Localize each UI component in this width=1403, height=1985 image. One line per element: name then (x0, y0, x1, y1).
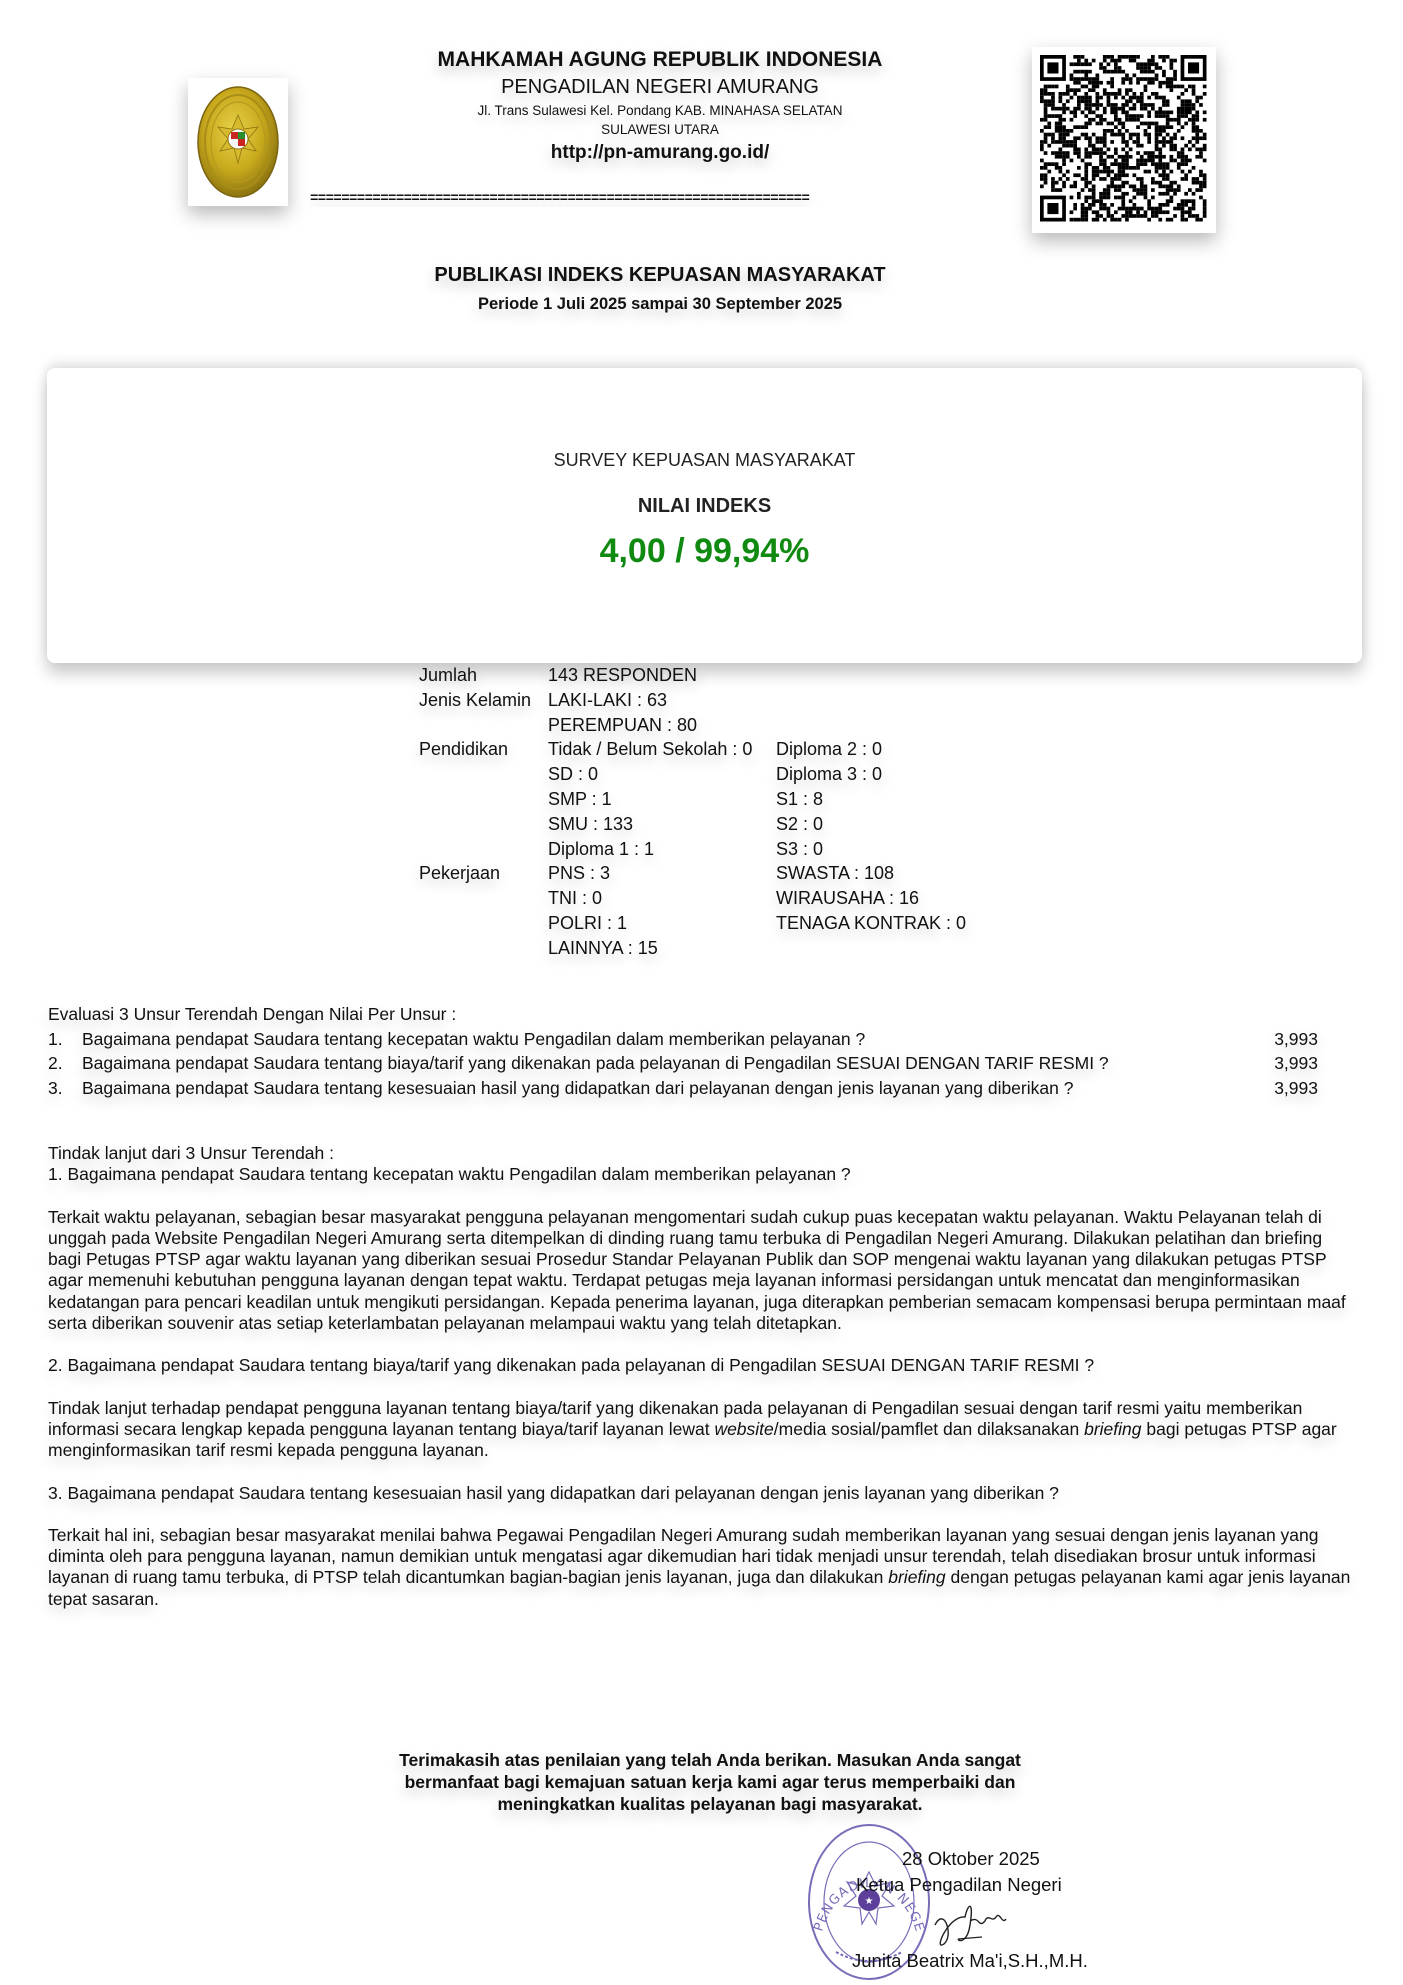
respondent-row: SMU : 133S2 : 0 (419, 812, 966, 837)
qr-code (1032, 47, 1216, 233)
respondent-row: Jenis KelaminLAKI-LAKI : 63 (419, 688, 966, 713)
respondent-row: TNI : 0WIRAUSAHA : 16 (419, 886, 966, 911)
index-label: NILAI INDEKS (47, 495, 1362, 518)
evaluation-question: Bagaimana pendapat Saudara tentang keses… (82, 1076, 1268, 1101)
respondent-row: Jumlah143 RESPONDEN (419, 663, 966, 688)
answer-2-italic-briefing: briefing (1084, 1419, 1141, 1439)
respondent-row: PekerjaanPNS : 3SWASTA : 108 (419, 861, 966, 886)
qr-code-icon (1032, 47, 1216, 233)
answer-2-text: /media sosial/pamflet dan dilaksanakan (774, 1419, 1084, 1439)
followup-question-1: 1. Bagaimana pendapat Saudara tentang ke… (48, 1164, 1358, 1185)
evaluation-question: Bagaimana pendapat Saudara tentang kecep… (82, 1027, 1268, 1052)
respondent-category (419, 762, 548, 787)
followup-answer-1: Terkait waktu pelayanan, sebagian besar … (48, 1207, 1358, 1335)
respondent-value: TENAGA KONTRAK : 0 (776, 911, 966, 936)
respondent-value: Diploma 2 : 0 (776, 737, 966, 762)
evaluation-score: 3,993 (1268, 1027, 1318, 1052)
evaluation-item: 3.Bagaimana pendapat Saudara tentang kes… (48, 1076, 1318, 1101)
respondent-value: WIRAUSAHA : 16 (776, 886, 966, 911)
respondent-value: PEREMPUAN : 80 (548, 713, 776, 738)
respondent-row: PEREMPUAN : 80 (419, 713, 966, 738)
respondent-category (419, 812, 548, 837)
evaluation-list: 1.Bagaimana pendapat Saudara tentang kec… (48, 1027, 1318, 1101)
evaluation-score: 3,993 (1268, 1076, 1318, 1101)
respondent-row: POLRI : 1TENAGA KONTRAK : 0 (419, 911, 966, 936)
mahkamah-agung-emblem-icon (196, 85, 280, 199)
respondent-category (419, 936, 548, 961)
evaluation-section: Evaluasi 3 Unsur Terendah Dengan Nilai P… (48, 1002, 1318, 1100)
respondent-value: S2 : 0 (776, 812, 966, 837)
answer-3-italic-briefing: briefing (888, 1567, 945, 1587)
evaluation-item: 2.Bagaimana pendapat Saudara tentang bia… (48, 1051, 1318, 1076)
respondent-category (419, 713, 548, 738)
index-card: SURVEY KEPUASAN MASYARAKAT NILAI INDEKS … (47, 368, 1362, 663)
respondent-value (776, 688, 966, 713)
followup-answer-2: Tindak lanjut terhadap pendapat pengguna… (48, 1398, 1358, 1462)
closing-line: Terimakasih atas penilaian yang telah An… (330, 1749, 1090, 1771)
respondent-value: PNS : 3 (548, 861, 776, 886)
respondent-value: SMP : 1 (548, 787, 776, 812)
respondent-value: POLRI : 1 (548, 911, 776, 936)
signatory-name: Junita Beatrix Ma'i,S.H.,M.H. (852, 1950, 1088, 1972)
respondent-category: Jumlah (419, 663, 548, 688)
respondent-value: 143 RESPONDEN (548, 663, 776, 688)
evaluation-number: 3. (48, 1076, 82, 1101)
followup-section: Tindak lanjut dari 3 Unsur Terendah : 1.… (48, 1143, 1358, 1610)
institution-name: MAHKAMAH AGUNG REPUBLIK INDONESIA (300, 48, 1020, 72)
respondent-value: SWASTA : 108 (776, 861, 966, 886)
header-separator: ========================================… (310, 191, 1008, 207)
page-title: PUBLIKASI INDEKS KEPUASAN MASYARAKAT (300, 264, 1020, 287)
evaluation-score: 3,993 (1268, 1051, 1318, 1076)
svg-text:★: ★ (865, 1896, 874, 1907)
respondent-row: PendidikanTidak / Belum Sekolah : 0Diplo… (419, 737, 966, 762)
closing-statement: Terimakasih atas penilaian yang telah An… (330, 1749, 1090, 1815)
respondent-value: Diploma 3 : 0 (776, 762, 966, 787)
handwritten-signature-icon (930, 1895, 1020, 1950)
respondent-value: SMU : 133 (548, 812, 776, 837)
respondent-category: Pekerjaan (419, 861, 548, 886)
respondent-category: Jenis Kelamin (419, 688, 548, 713)
respondent-value: S1 : 8 (776, 787, 966, 812)
respondent-value (776, 663, 966, 688)
respondent-row: SD : 0Diploma 3 : 0 (419, 762, 966, 787)
evaluation-item: 1.Bagaimana pendapat Saudara tentang kec… (48, 1027, 1318, 1052)
respondent-value: Diploma 1 : 1 (548, 837, 776, 862)
court-name: PENGADILAN NEGERI AMURANG (300, 76, 1020, 99)
followup-heading: Tindak lanjut dari 3 Unsur Terendah : (48, 1143, 1358, 1164)
court-logo (188, 78, 288, 206)
respondent-value: Tidak / Belum Sekolah : 0 (548, 737, 776, 762)
respondent-value: TNI : 0 (548, 886, 776, 911)
respondent-row: SMP : 1S1 : 8 (419, 787, 966, 812)
respondent-table: Jumlah143 RESPONDENJenis KelaminLAKI-LAK… (419, 663, 966, 961)
followup-answer-3: Terkait hal ini, sebagian besar masyarak… (48, 1525, 1358, 1610)
signature-role: Ketua Pengadilan Negeri (856, 1874, 1062, 1896)
evaluation-number: 2. (48, 1051, 82, 1076)
index-value: 4,00 / 99,94% (47, 532, 1362, 571)
closing-line: meningkatkan kualitas pelayanan bagi mas… (330, 1793, 1090, 1815)
respondent-category (419, 837, 548, 862)
followup-question-3: 3. Bagaimana pendapat Saudara tentang ke… (48, 1483, 1358, 1504)
signature-date: 28 Oktober 2025 (902, 1848, 1040, 1870)
respondent-value: LAINNYA : 15 (548, 936, 776, 961)
closing-line: bermanfaat bagi kemajuan satuan kerja ka… (330, 1771, 1090, 1793)
respondent-row: Diploma 1 : 1S3 : 0 (419, 837, 966, 862)
court-website-link[interactable]: http://pn-amurang.go.id/ (300, 142, 1020, 164)
respondent-category (419, 911, 548, 936)
respondent-value: LAKI-LAKI : 63 (548, 688, 776, 713)
period-subtitle: Periode 1 Juli 2025 sampai 30 September … (300, 295, 1020, 314)
respondent-category: Pendidikan (419, 737, 548, 762)
respondent-value: S3 : 0 (776, 837, 966, 862)
answer-2-italic-website: website (714, 1419, 773, 1439)
evaluation-number: 1. (48, 1027, 82, 1052)
court-province: SULAWESI UTARA (300, 122, 1020, 137)
evaluation-question: Bagaimana pendapat Saudara tentang biaya… (82, 1051, 1268, 1076)
respondent-value (776, 936, 966, 961)
evaluation-heading: Evaluasi 3 Unsur Terendah Dengan Nilai P… (48, 1002, 1318, 1027)
respondent-value: SD : 0 (548, 762, 776, 787)
respondent-category (419, 886, 548, 911)
respondent-value (776, 713, 966, 738)
survey-label: SURVEY KEPUASAN MASYARAKAT (47, 450, 1362, 471)
followup-question-2: 2. Bagaimana pendapat Saudara tentang bi… (48, 1355, 1358, 1376)
respondent-row: LAINNYA : 15 (419, 936, 966, 961)
court-address: Jl. Trans Sulawesi Kel. Pondang KAB. MIN… (300, 103, 1020, 118)
respondent-category (419, 787, 548, 812)
